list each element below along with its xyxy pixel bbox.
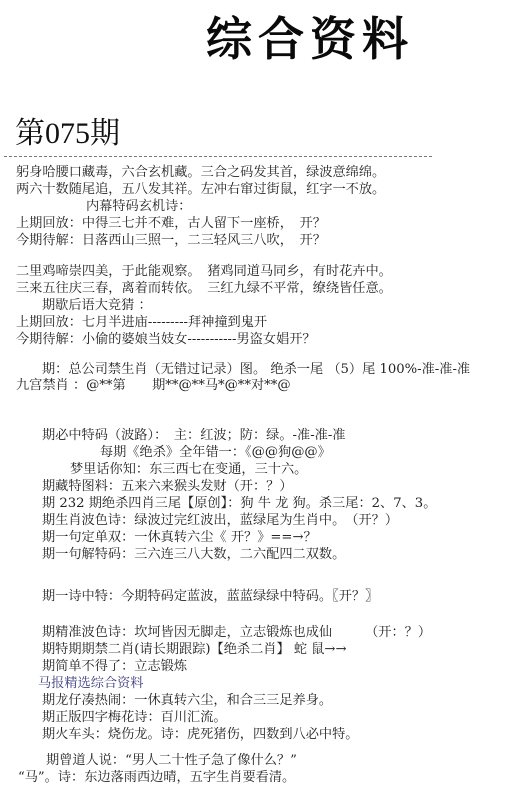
text-line: 期一句定单双：一休真转六尘《 开？》==→？ [42, 530, 317, 546]
text-line: 上期回放：中得三七并不难，古人留下一座桥， 开？ [16, 216, 326, 232]
text-line: 期 232 期绝杀四肖三尾【原创】：狗 牛 龙 狗。杀三尾：2、7、3。 [42, 496, 436, 512]
text-line: 期生肖波色诗：绿波过完红波出，蓝绿尾为生肖中。 （开？） [42, 513, 398, 529]
text-line: 期精准波色诗：坎坷皆因无脚走，立志锻炼也成仙 （开：？） [42, 625, 431, 641]
text-line: 今期待解：小偷的婆娘当妓女-----------男盗女娼开？ [16, 332, 316, 348]
text-line: 九宫禁肖 ：@**第 期**@**马*@**对**@ [16, 378, 291, 394]
text-line: 每期《绝杀》全年错一：《@@狗@@》 [100, 445, 331, 461]
text-line: 期：总公司禁生肖（无错过记录）图。 绝杀一尾 （5）尾 100%-准-准-准 [42, 362, 470, 378]
text-line: 上期回放：七月半进庙---------拜神撞到鬼开 [16, 315, 267, 331]
text-line: 今期待解：日落西山三照一，二三轻风三八吹， 开？ [16, 233, 326, 249]
text-line: 躬身哈腰口藏毒，六合玄机藏。三合之码发其首，绿波意绵绵。 [16, 165, 385, 181]
text-line: 期正版四字梅花诗：百川汇流。 [42, 710, 227, 726]
text-line: 期简单不得了：立志锻炼 [42, 659, 187, 675]
text-line: 期歇后语大竞猜 ： [42, 298, 152, 314]
page-title: 综合资料 [206, 12, 414, 66]
text-line: 两六十数随尾追，五八发其祥。左冲右窜过街鼠，红字一不放。 [16, 182, 385, 198]
text-line: 二里鸡啼崇四美，于此能观察。 猪鸡同道马同乡，有时花卉中。 [16, 264, 392, 280]
text-line: 期一诗中特：今期特码定蓝波，蓝蓝绿绿中特码。〖开？〗 [42, 589, 378, 605]
text-line: “马”。诗：东边落雨西边晴，五字生肖要看清。 [18, 770, 295, 786]
text-line: 内幕特码玄机诗： [86, 199, 192, 215]
text-line: 期一句解特码：三六连三八大数，二六配四二双数。 [42, 547, 345, 563]
section-heading: 马报精选综合资料 [38, 676, 144, 692]
text-line: 期藏特图料：五来六来猴头发财（开：？） [42, 479, 293, 495]
text-line: 期龙仔凑热闹：一休真转六尘，和合三三足养身。 [42, 693, 332, 709]
text-line: 期特期期禁二肖(请长期跟踪)【绝杀二肖】 蛇 鼠→→ [42, 642, 347, 658]
text-line: 三来五往庆三春，离着而转依。 三红九绿不平常，缭绕皆任意。 [16, 281, 392, 297]
text-line: 期火车头：烧伤龙。诗：虎死猪伤，四数到八必中特。 [42, 727, 359, 743]
issue-number: 第075期 [15, 116, 120, 152]
text-line: 期必中特码（波路）： 主：红波；防：绿。-准-准-准 [42, 428, 345, 444]
text-line: 梦里话你知：东三西七在变通，三十六。 [70, 462, 307, 478]
dashed-divider [4, 156, 432, 157]
text-line: 期曾道人说：“男人二十性子急了像什么？” [46, 753, 297, 769]
